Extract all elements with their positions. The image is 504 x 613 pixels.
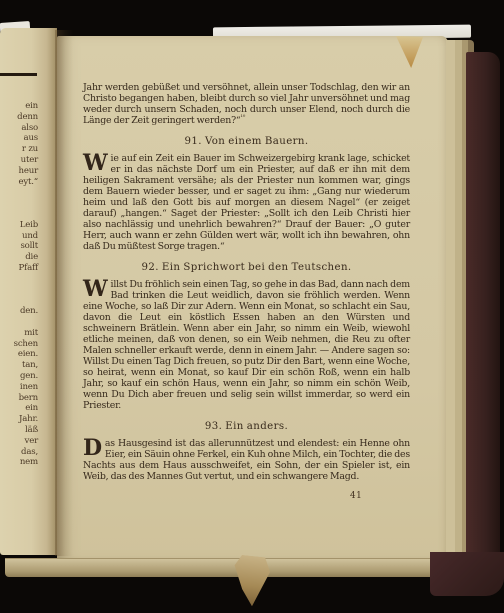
page-number: 41 (350, 491, 362, 501)
text-block: Jahr werden gebüßet und versöhnet, allei… (83, 36, 410, 482)
book-cover-right (466, 52, 500, 592)
section-92-heading: 92. Ein Sprichwort bei den Teutschen. (83, 262, 410, 273)
drop-cap-initial: D (83, 439, 102, 458)
left-page-text-fragments: ein denn also aus r zu uter heur eyt.“ L… (0, 101, 38, 468)
section-91-text: ie auf ein Zeit ein Bauer im Schweizerge… (83, 153, 410, 252)
section-92-text: illst Du fröhlich sein einen Tag, so geh… (83, 279, 410, 411)
left-page-rule (0, 73, 37, 76)
section-91-heading: 91. Von einem Bauern. (83, 136, 410, 147)
footnote-marker: ¹⁰ (241, 114, 246, 121)
book-cover-bottom-corner (430, 552, 504, 596)
book-photo: { "photo": { "page_number": "41", "footn… (0, 0, 504, 613)
gutter-shadow (55, 30, 73, 556)
continuation-paragraph: Jahr werden gebüßet und versöhnet, allei… (83, 82, 410, 126)
drop-cap-initial: W (83, 154, 108, 173)
section-92-paragraph: Willst Du fröhlich sein einen Tag, so ge… (83, 279, 410, 411)
section-93-paragraph: Das Hausgesind ist das allerunnützest un… (83, 438, 410, 482)
section-93-text: as Hausgesind ist das allerunnützest und… (83, 438, 410, 482)
right-page: Jahr werden gebüßet und versöhnet, allei… (57, 36, 448, 560)
section-93-heading: 93. Ein anders. (83, 421, 410, 432)
drop-cap-initial: W (83, 280, 108, 299)
section-91-paragraph: Wie auf ein Zeit ein Bauer im Schweizerg… (83, 153, 410, 252)
continuation-text: Jahr werden gebüßet und versöhnet, allei… (83, 82, 410, 126)
